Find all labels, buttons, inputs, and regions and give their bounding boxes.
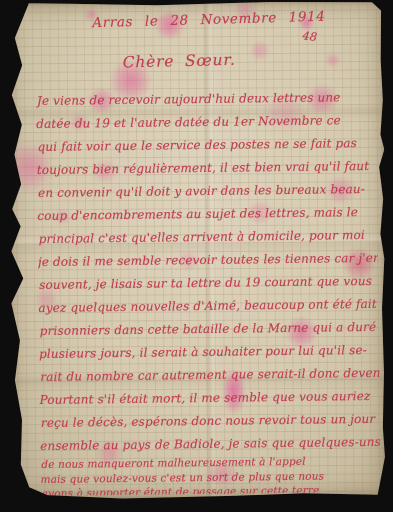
letter-line: Je viens de recevoir aujourd'hui deux le… <box>37 86 377 113</box>
letter-line: prisonniers dans cette bataille de la Ma… <box>40 316 380 343</box>
letter-body: Je viens de recevoir aujourd'hui deux le… <box>36 86 381 496</box>
letter-line: principal c'est qu'elles arrivent à domi… <box>39 224 379 251</box>
page-number-mark: 48 <box>302 28 318 44</box>
letter-line: rait du nombre car autrement que serait-… <box>40 362 380 389</box>
letter-salutation: Chère Sœur. <box>122 51 235 72</box>
letter-line: qui fait voir que le service des postes … <box>37 132 377 159</box>
letter-line: reçu le décès, espérons donc nous revoir… <box>41 408 381 435</box>
letter-line: souvent, je lisais sur ta lettre du 19 c… <box>39 270 379 297</box>
photo-background: Arras le 28 Novembre 1914 48 Chère Sœur.… <box>0 0 393 512</box>
letter-paper: Arras le 28 Novembre 1914 48 Chère Sœur.… <box>6 1 386 500</box>
letter-line: en convenir qu'il doit y avoir dans les … <box>38 178 378 205</box>
